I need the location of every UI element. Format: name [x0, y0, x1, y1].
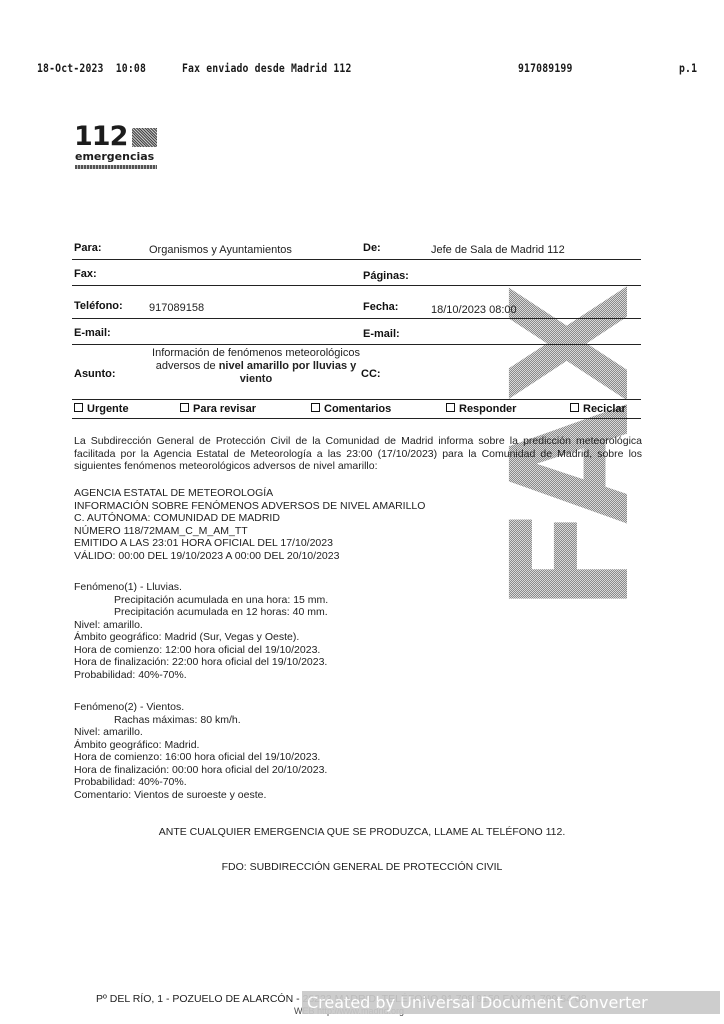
checkbox-icon: [570, 403, 579, 412]
table-rule: [72, 399, 641, 400]
paginas-label: Páginas:: [363, 270, 409, 282]
de-label: De:: [363, 242, 381, 254]
fax-label: Fax:: [74, 268, 97, 280]
logo-strip: [75, 165, 157, 169]
checkbox-comentarios[interactable]: Comentarios: [311, 403, 391, 415]
fax-time: 10:08: [116, 61, 146, 75]
email-label-left: E-mail:: [74, 327, 111, 339]
telefono-value: 917089158: [149, 302, 204, 314]
asunto-value: Información de fenómenos meteorológicos …: [148, 347, 364, 386]
checkbox-icon: [446, 403, 455, 412]
emergency-notice: ANTE CUALQUIER EMERGENCIA QUE SE PRODUZC…: [0, 826, 724, 838]
fax-date: 18-Oct-2023 10:08: [37, 61, 146, 75]
table-rule: [72, 285, 641, 286]
checkbox-icon: [180, 403, 189, 412]
table-rule: [72, 418, 641, 419]
table-rule: [72, 259, 641, 260]
checkbox-reciclar[interactable]: Reciclar: [570, 403, 626, 415]
checkbox-urgente[interactable]: Urgente: [74, 403, 129, 415]
phenomenon-vientos: Fenómeno(2) - Vientos. Rachas máximas: 8…: [74, 701, 327, 801]
fax-number: 917089199: [518, 61, 573, 75]
checkbox-icon: [311, 403, 320, 412]
fecha-value: 18/10/2023 08:00: [431, 304, 517, 316]
page-number: p.1: [679, 61, 697, 75]
converter-banner: Created by Universal Document Converter: [302, 991, 720, 1014]
signature: FDO: SUBDIRECCIÓN GENERAL DE PROTECCIÓN …: [0, 861, 724, 873]
asunto-label: Asunto:: [74, 368, 116, 380]
emergencias-112-logo: 112 emergencias: [74, 125, 160, 173]
intro-paragraph: La Subdirección General de Protección Ci…: [74, 435, 642, 473]
cc-label: CC:: [361, 368, 381, 380]
checkbox-icon: [74, 403, 83, 412]
telefono-label: Teléfono:: [74, 300, 123, 312]
checkbox-responder[interactable]: Responder: [446, 403, 516, 415]
fax-sender: Fax enviado desde Madrid 112: [182, 61, 352, 75]
checkbox-para-revisar[interactable]: Para revisar: [180, 403, 256, 415]
fecha-label: Fecha:: [363, 301, 398, 313]
logo-word: emergencias: [75, 150, 154, 163]
aemet-block: AGENCIA ESTATAL DE METEOROLOGÍA INFORMAC…: [74, 487, 425, 562]
table-rule: [72, 318, 641, 319]
logo-number: 112: [74, 121, 127, 152]
para-value: Organismos y Ayuntamientos: [149, 244, 292, 256]
phenomenon-lluvias: Fenómeno(1) - Lluvias. Precipitación acu…: [74, 581, 328, 681]
table-rule: [72, 344, 641, 345]
logo-hatched-square: [132, 128, 157, 147]
de-value: Jefe de Sala de Madrid 112: [431, 244, 565, 256]
email-label-right: E-mail:: [363, 328, 400, 340]
para-label: Para:: [74, 242, 102, 254]
